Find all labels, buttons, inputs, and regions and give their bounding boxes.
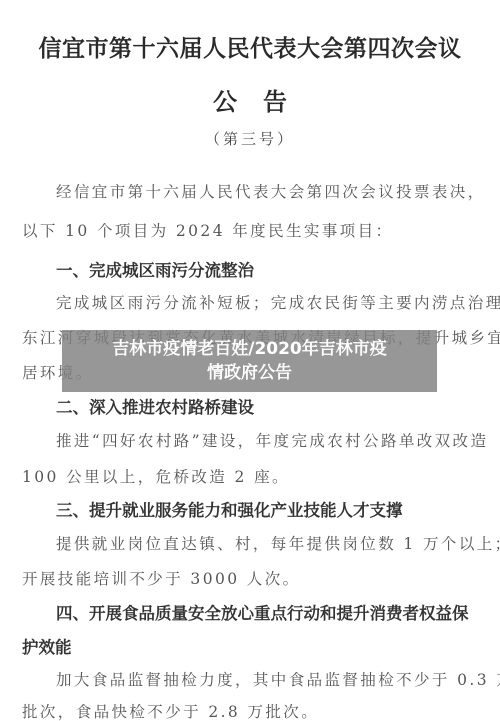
section-heading: 一、完成城区雨污分流整治 <box>56 257 496 281</box>
section-body-line: 加大食品监督抽检力度，其中食品监督抽检不少于 0.3 万 <box>56 668 500 690</box>
intro-line: 经信宜市第十六届人民代表大会第四次会议投票表决， <box>56 180 500 202</box>
section-body-line: 批次，食品快检不少于 2.8 万批次。 <box>22 700 492 721</box>
section-body-line: 完成城区雨污分流补短板；完成农民街等主要内涝点治理， <box>56 291 500 313</box>
section-body-line: 开展技能培训不少于 3000 人次。 <box>22 567 492 589</box>
document-subtitle: 公告 <box>0 82 500 117</box>
caption-overlay-banner: 吉林市疫情老百姓/2020年吉林市疫 情政府公告 <box>62 330 437 392</box>
section-body-line: 100 公里以上，危桥改造 2 座。 <box>22 465 492 487</box>
section-body-line: 推进“四好农村路”建设，年度完成农村公路单改双改造 <box>56 429 500 451</box>
document-title: 信宜市第十六届人民代表大会第四次会议 <box>0 30 500 63</box>
section-heading: 三、提升就业服务能力和强化产业技能人才支撑 <box>56 497 496 521</box>
caption-line: 吉林市疫情老百姓/2020年吉林市疫 <box>112 337 387 361</box>
caption-line: 情政府公告 <box>207 361 292 385</box>
document-number: （第三号） <box>0 128 500 149</box>
section-heading: 护效能 <box>22 634 462 658</box>
section-heading: 四、开展食品质量安全放心重点行动和提升消费者权益保 <box>56 600 496 624</box>
section-heading: 二、深入推进农村路桥建设 <box>56 394 496 418</box>
section-body-line: 提供就业岗位直达镇、村，每年提供岗位数 1 万个以上； <box>56 532 500 554</box>
intro-line: 以下 10 个项目为 2024 年度民生实事项目： <box>22 219 492 241</box>
